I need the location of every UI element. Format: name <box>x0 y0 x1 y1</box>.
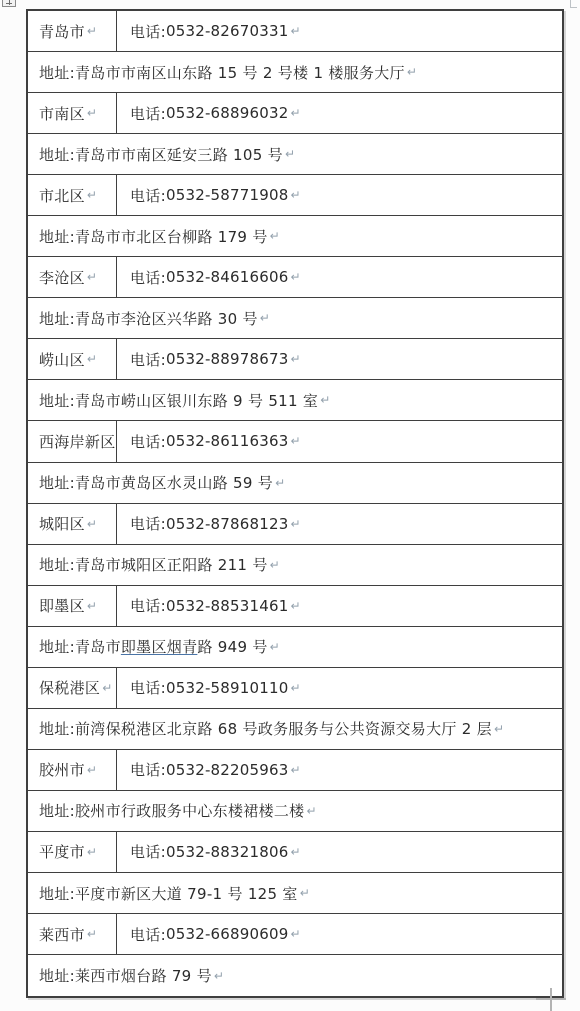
table-row: 保税港区↵电话:0532-58910110↵ <box>28 668 562 709</box>
end-of-cell-mark-icon: ↵ <box>87 106 97 120</box>
address-label: 地址: <box>39 554 75 575</box>
table-row: 市北区↵电话:0532-58771908↵ <box>28 175 562 216</box>
district-cell: 崂山区↵ <box>28 339 117 379</box>
phone-label: 电话: <box>130 677 166 698</box>
district-name: 西海岸新区 <box>39 431 116 452</box>
table-row: 地址:青岛市市南区山东路 15 号 2 号楼 1 楼服务大厅↵ <box>28 52 562 93</box>
address-label: 地址: <box>39 636 75 657</box>
address-value: 青岛市市南区山东路 15 号 2 号楼 1 楼服务大厅 <box>75 62 405 83</box>
address-cell: 地址:青岛市城阳区正阳路 211 号↵ <box>28 545 562 585</box>
district-cell: 平度市↵ <box>28 832 117 872</box>
district-cell: 莱西市↵ <box>28 914 117 954</box>
address-cell: 地址:青岛市崂山区银川东路 9 号 511 室↵ <box>28 380 562 420</box>
phone-number: 0532-58910110 <box>166 679 289 697</box>
phone-cell: 电话:0532-66890609↵ <box>117 914 562 954</box>
end-of-cell-mark-icon: ↵ <box>87 927 97 941</box>
table-row: 地址:前湾保税港区北京路 68 号政务服务与公共资源交易大厅 2 层↵ <box>28 709 562 750</box>
table-row: 城阳区↵电话:0532-87868123↵ <box>28 504 562 545</box>
table-row: 西海岸新区↵电话:0532-86116363↵ <box>28 421 562 462</box>
district-name: 即墨区 <box>39 595 85 616</box>
table-row: 平度市↵电话:0532-88321806↵ <box>28 832 562 873</box>
end-of-cell-mark-icon: ↵ <box>87 517 97 531</box>
phone-label: 电话: <box>130 267 166 288</box>
phone-number: 0532-88321806 <box>166 843 289 861</box>
address-part: 青岛市 <box>75 636 121 657</box>
phone-number: 0532-88531461 <box>166 597 289 615</box>
phone-cell: 电话:0532-82205963↵ <box>117 750 562 790</box>
end-of-cell-mark-icon: ↵ <box>285 147 295 161</box>
district-cell: 城阳区↵ <box>28 504 117 544</box>
end-of-cell-mark-icon: ↵ <box>407 65 417 79</box>
phone-label: 电话: <box>130 924 166 945</box>
phone-label: 电话: <box>130 185 166 206</box>
address-label: 地址: <box>39 965 75 986</box>
end-of-cell-mark-icon: ↵ <box>291 599 301 613</box>
table-row: 地址:青岛市市北区台柳路 179 号↵ <box>28 216 562 257</box>
document-page: 青岛市↵电话:0532-82670331↵地址:青岛市市南区山东路 15 号 2… <box>0 0 580 1011</box>
district-cell: 西海岸新区↵ <box>28 421 117 461</box>
district-cell: 青岛市↵ <box>28 11 117 51</box>
district-cell: 即墨区↵ <box>28 586 117 626</box>
end-of-cell-mark-icon: ↵ <box>300 886 310 900</box>
address-label: 地址: <box>39 883 75 904</box>
address-label: 地址: <box>39 226 75 247</box>
address-label: 地址: <box>39 144 75 165</box>
address-label: 地址: <box>39 390 75 411</box>
phone-label: 电话: <box>130 349 166 370</box>
address-part: 路 949 号 <box>197 636 267 657</box>
phone-number: 0532-66890609 <box>166 925 289 943</box>
end-of-cell-mark-icon: ↵ <box>494 722 504 736</box>
table-row: 地址:青岛市李沧区兴华路 30 号↵ <box>28 298 562 339</box>
phone-cell: 电话:0532-88978673↵ <box>117 339 562 379</box>
district-name: 崂山区 <box>39 349 85 370</box>
address-value: 青岛市黄岛区水灵山路 59 号 <box>75 472 273 493</box>
end-of-cell-mark-icon: ↵ <box>87 763 97 777</box>
address-cell: 地址:青岛市市南区山东路 15 号 2 号楼 1 楼服务大厅↵ <box>28 52 562 92</box>
phone-label: 电话: <box>130 431 166 452</box>
phone-cell: 电话:0532-84616606↵ <box>117 257 562 297</box>
address-label: 地址: <box>39 718 75 739</box>
district-cell: 李沧区↵ <box>28 257 117 297</box>
phone-number: 0532-82670331 <box>166 22 289 40</box>
end-of-cell-mark-icon: ↵ <box>291 270 301 284</box>
table-row: 地址:青岛市黄岛区水灵山路 59 号↵ <box>28 463 562 504</box>
end-of-cell-mark-icon: ↵ <box>291 24 301 38</box>
table-row: 即墨区↵电话:0532-88531461↵ <box>28 586 562 627</box>
resize-handle-cross <box>550 988 552 1011</box>
table-row: 胶州市↵电话:0532-82205963↵ <box>28 750 562 791</box>
phone-label: 电话: <box>130 513 166 534</box>
end-of-cell-mark-icon: ↵ <box>306 804 316 818</box>
address-cell: 地址:青岛市市南区延安三路 105 号↵ <box>28 134 562 174</box>
phone-label: 电话: <box>130 759 166 780</box>
end-of-cell-mark-icon: ↵ <box>291 845 301 859</box>
address-value: 青岛市市北区台柳路 179 号 <box>75 226 268 247</box>
table-row: 地址:莱西市烟台路 79 号↵ <box>28 955 562 996</box>
district-name: 城阳区 <box>39 513 85 534</box>
address-label: 地址: <box>39 62 75 83</box>
phone-cell: 电话:0532-86116363↵ <box>117 421 562 461</box>
phone-cell: 电话:0532-87868123↵ <box>117 504 562 544</box>
table-row: 崂山区↵电话:0532-88978673↵ <box>28 339 562 380</box>
end-of-cell-mark-icon: ↵ <box>87 188 97 202</box>
address-cell: 地址:平度市新区大道 79-1 号 125 室↵ <box>28 873 562 913</box>
end-of-cell-mark-icon: ↵ <box>291 927 301 941</box>
table-resize-handle-icon[interactable] <box>536 988 566 1011</box>
address-value: 莱西市烟台路 79 号 <box>75 965 212 986</box>
phone-number: 0532-58771908 <box>166 186 289 204</box>
phone-cell: 电话:0532-58771908↵ <box>117 175 562 215</box>
phone-cell: 电话:0532-68896032↵ <box>117 93 562 133</box>
address-value: 胶州市行政服务中心东楼裙楼二楼 <box>75 800 305 821</box>
district-cell: 市北区↵ <box>28 175 117 215</box>
table-row: 青岛市↵电话:0532-82670331↵ <box>28 11 562 52</box>
address-underlined-text: 即墨区烟青 <box>121 636 198 657</box>
end-of-cell-mark-icon: ↵ <box>291 681 301 695</box>
phone-label: 电话: <box>130 841 166 862</box>
table-row: 地址:青岛市市南区延安三路 105 号↵ <box>28 134 562 175</box>
address-value: 青岛市市南区延安三路 105 号 <box>75 144 283 165</box>
address-value: 前湾保税港区北京路 68 号政务服务与公共资源交易大厅 2 层 <box>75 718 492 739</box>
phone-number: 0532-87868123 <box>166 515 289 533</box>
district-name: 市北区 <box>39 185 85 206</box>
phone-cell: 电话:0532-58910110↵ <box>117 668 562 708</box>
end-of-cell-mark-icon: ↵ <box>260 311 270 325</box>
address-cell: 地址:青岛市即墨区烟青路 949 号↵ <box>28 627 562 667</box>
address-value: 平度市新区大道 79-1 号 125 室 <box>75 883 298 904</box>
contact-table: 青岛市↵电话:0532-82670331↵地址:青岛市市南区山东路 15 号 2… <box>26 9 564 998</box>
phone-number: 0532-68896032 <box>166 104 289 122</box>
district-name: 胶州市 <box>39 759 85 780</box>
address-value: 青岛市李沧区兴华路 30 号 <box>75 308 258 329</box>
table-row: 地址:平度市新区大道 79-1 号 125 室↵ <box>28 873 562 914</box>
address-cell: 地址:青岛市市北区台柳路 179 号↵ <box>28 216 562 256</box>
end-of-cell-mark-icon: ↵ <box>291 106 301 120</box>
end-of-cell-mark-icon: ↵ <box>87 24 97 38</box>
end-of-cell-mark-icon: ↵ <box>87 599 97 613</box>
phone-label: 电话: <box>130 103 166 124</box>
table-row: 地址:青岛市崂山区银川东路 9 号 511 室↵ <box>28 380 562 421</box>
end-of-cell-mark-icon: ↵ <box>102 681 112 695</box>
table-row: 李沧区↵电话:0532-84616606↵ <box>28 257 562 298</box>
end-of-cell-mark-icon: ↵ <box>291 188 301 202</box>
district-name: 李沧区 <box>39 267 85 288</box>
end-of-cell-mark-icon: ↵ <box>87 845 97 859</box>
end-of-cell-mark-icon: ↵ <box>270 229 280 243</box>
district-cell: 胶州市↵ <box>28 750 117 790</box>
end-of-cell-mark-icon: ↵ <box>291 517 301 531</box>
end-of-cell-mark-icon: ↵ <box>87 352 97 366</box>
table-row: 地址:青岛市即墨区烟青路 949 号↵ <box>28 627 562 668</box>
address-label: 地址: <box>39 472 75 493</box>
end-of-cell-mark-icon: ↵ <box>275 476 285 490</box>
address-value: 青岛市城阳区正阳路 211 号 <box>75 554 268 575</box>
district-name: 平度市 <box>39 841 85 862</box>
district-cell: 保税港区↵ <box>28 668 117 708</box>
address-cell: 地址:青岛市黄岛区水灵山路 59 号↵ <box>28 463 562 503</box>
table-row: 地址:胶州市行政服务中心东楼裙楼二楼↵ <box>28 791 562 832</box>
end-of-cell-mark-icon: ↵ <box>214 969 224 983</box>
end-of-cell-mark-icon: ↵ <box>87 270 97 284</box>
phone-label: 电话: <box>130 595 166 616</box>
table-row: 地址:青岛市城阳区正阳路 211 号↵ <box>28 545 562 586</box>
phone-cell: 电话:0532-88531461↵ <box>117 586 562 626</box>
address-cell: 地址:胶州市行政服务中心东楼裙楼二楼↵ <box>28 791 562 831</box>
end-of-cell-mark-icon: ↵ <box>270 558 280 572</box>
phone-label: 电话: <box>130 21 166 42</box>
table-move-handle-icon[interactable] <box>2 0 16 7</box>
district-name: 青岛市 <box>39 21 85 42</box>
address-cell: 地址:莱西市烟台路 79 号↵ <box>28 955 562 996</box>
phone-cell: 电话:0532-88321806↵ <box>117 832 562 872</box>
paragraph-mark-icon <box>570 0 577 8</box>
address-label: 地址: <box>39 800 75 821</box>
end-of-cell-mark-icon: ↵ <box>291 763 301 777</box>
phone-number: 0532-86116363 <box>166 432 289 450</box>
phone-cell: 电话:0532-82670331↵ <box>117 11 562 51</box>
district-name: 莱西市 <box>39 924 85 945</box>
end-of-cell-mark-icon: ↵ <box>291 352 301 366</box>
phone-number: 0532-82205963 <box>166 761 289 779</box>
address-value: 青岛市崂山区银川东路 9 号 511 室 <box>75 390 318 411</box>
address-cell: 地址:前湾保税港区北京路 68 号政务服务与公共资源交易大厅 2 层↵ <box>28 709 562 749</box>
district-cell: 市南区↵ <box>28 93 117 133</box>
district-name: 保税港区 <box>39 677 100 698</box>
phone-number: 0532-88978673 <box>166 350 289 368</box>
address-cell: 地址:青岛市李沧区兴华路 30 号↵ <box>28 298 562 338</box>
move-handle-cross <box>9 0 10 5</box>
district-name: 市南区 <box>39 103 85 124</box>
end-of-cell-mark-icon: ↵ <box>291 434 301 448</box>
end-of-cell-mark-icon: ↵ <box>270 640 280 654</box>
end-of-cell-mark-icon: ↵ <box>320 393 330 407</box>
table-row: 市南区↵电话:0532-68896032↵ <box>28 93 562 134</box>
table-row: 莱西市↵电话:0532-66890609↵ <box>28 914 562 955</box>
phone-number: 0532-84616606 <box>166 268 289 286</box>
address-label: 地址: <box>39 308 75 329</box>
